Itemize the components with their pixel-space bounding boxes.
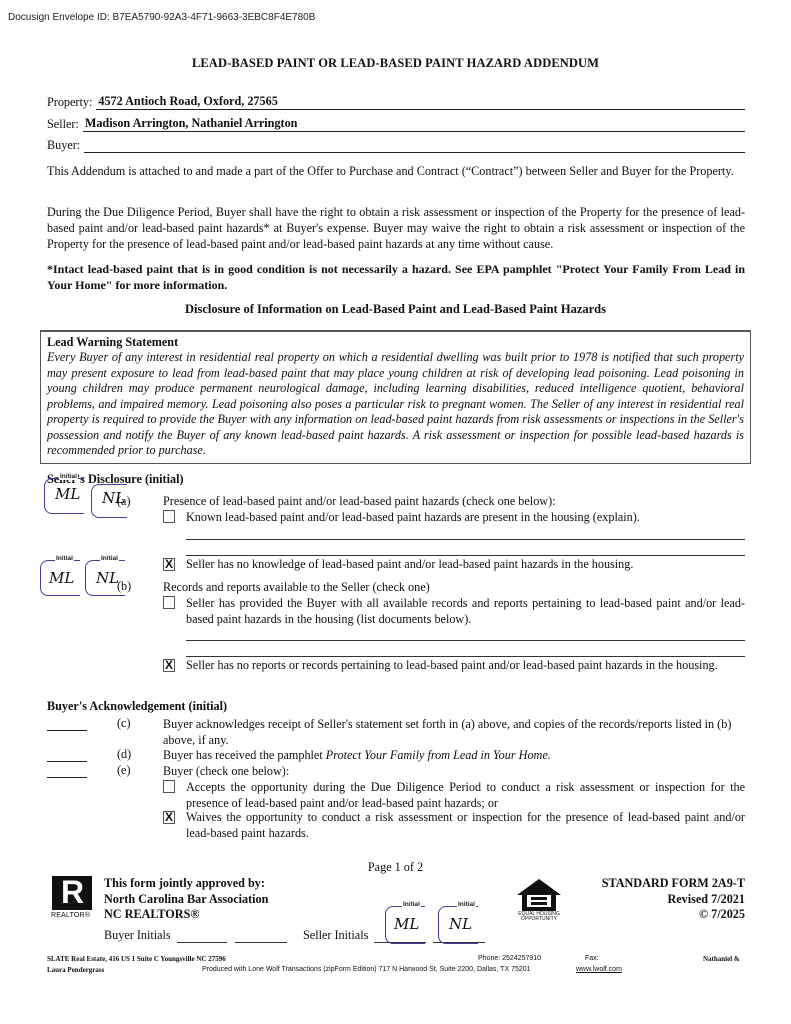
website-link[interactable]: www.lwolf.com [576,966,622,973]
footer-seller-initial-box-1[interactable]: Initial ML [385,906,425,944]
buyer-ack-heading: Buyer's Acknowledgement (initial) [47,699,227,714]
property-label: Property: [47,95,96,110]
buyer-initials-blank-1[interactable] [177,942,227,943]
initial-signature: ML [394,915,419,933]
checkbox-accepts-opportunity[interactable] [163,780,175,793]
item-letter-d: (d) [117,747,131,762]
buyer-initials-blank-2[interactable] [235,942,287,943]
agent-name-right: Nathaniel & [703,955,740,963]
item-b-prompt: Records and reports available to the Sel… [163,579,430,595]
footer-seller-initial-box-2[interactable]: Initial NL [438,906,478,944]
checkbox-known-lead[interactable] [163,510,175,523]
item-letter-b: (b) [117,579,131,594]
buyer-value[interactable] [84,138,745,153]
explain-line-1[interactable] [186,539,745,540]
standard-form-number: STANDARD FORM 2A9-T [602,876,745,892]
initial-tag: Initial [457,901,476,908]
envelope-id: Docusign Envelope ID: B7EA5790-92A3-4F71… [8,12,315,23]
option-records-provided-label: Seller has provided the Buyer with all a… [186,595,745,627]
approved-line-2: North Carolina Bar Association [104,892,268,908]
initial-tag: Initial [55,555,74,562]
equal-housing-text: EQUAL HOUSING OPPORTUNITY [515,912,563,922]
seller-field: Seller: Madison Arrington, Nathaniel Arr… [47,116,745,132]
approved-by: This form jointly approved by: North Car… [104,876,268,923]
document-title: LEAD-BASED PAINT OR LEAD-BASED PAINT HAZ… [0,56,791,71]
item-a-prompt: Presence of lead-based paint and/or lead… [163,493,556,509]
realtor-logo-text: REALTOR® [51,912,90,919]
item-e-prompt: Buyer (check one below): [163,763,289,779]
item-c-text: Buyer acknowledges receipt of Seller's s… [163,716,745,748]
initial-signature: ML [49,569,74,587]
warning-heading: Lead Warning Statement [47,335,744,350]
buyer-field: Buyer: [47,137,745,153]
buyer-label: Buyer: [47,138,84,153]
seller-value[interactable]: Madison Arrington, Nathaniel Arrington [83,117,745,132]
initial-signature: NL [449,915,472,933]
property-value[interactable]: 4572 Antioch Road, Oxford, 27565 [96,95,745,110]
realtor-logo: R [52,876,92,910]
item-d-text: Buyer has received the pamphlet Protect … [163,747,551,763]
seller-initial-box-a1[interactable]: Initial ML [44,478,84,514]
seller-initials-label: Seller Initials [303,928,368,943]
warning-body: Every Buyer of any interest in residenti… [47,350,744,459]
documents-line-1[interactable] [186,640,745,641]
seller-label: Seller: [47,117,83,132]
option-waives-label: Waives the opportunity to conduct a risk… [186,809,745,841]
seller-initial-box-b1[interactable]: Initial ML [40,560,80,596]
disclosure-title: Disclosure of Information on Lead-Based … [0,302,791,317]
buyer-initials-label: Buyer Initials [104,928,171,943]
phone-info: Phone: 2524257910 [478,955,541,962]
initial-signature: NL [96,569,119,587]
realtor-r-icon: R [61,875,84,909]
initial-tag: Initial [402,901,421,908]
copyright: © 7/2025 [602,907,745,923]
approved-line-1: This form jointly approved by: [104,876,268,892]
checkbox-no-knowledge[interactable]: X [163,558,175,571]
initial-tag: Initial [100,555,119,562]
buyer-initial-d[interactable] [47,761,87,762]
pamphlet-title: Protect Your Family from Lead in Your Ho… [326,748,551,762]
page-number: Page 1 of 2 [0,860,791,875]
item-letter-c: (c) [117,716,131,731]
intact-note: *Intact lead-based paint that is in good… [47,261,745,293]
fax-info: Fax: [585,955,599,962]
initial-tag: Initial [59,473,78,480]
revised-date: Revised 7/2021 [602,892,745,908]
option-accepts-label: Accepts the opportunity during the Due D… [186,779,745,811]
checkbox-records-provided[interactable] [163,596,175,609]
option-no-knowledge-label: Seller has no knowledge of lead-based pa… [186,556,633,572]
buyer-initial-e[interactable] [47,777,87,778]
item-letter-a: (a) [117,494,131,509]
addendum-paragraph: This Addendum is attached to and made a … [47,163,745,179]
property-field: Property: 4572 Antioch Road, Oxford, 275… [47,94,745,110]
buyer-initial-c[interactable] [47,730,87,731]
lead-warning-box: Lead Warning Statement Every Buyer of an… [40,330,751,464]
item-d-plain: Buyer has received the pamphlet [163,748,326,762]
checkbox-no-records[interactable]: X [163,659,175,672]
standard-form-block: STANDARD FORM 2A9-T Revised 7/2021 © 7/2… [602,876,745,923]
checkbox-waives-opportunity[interactable]: X [163,811,175,824]
option-known-lead-label: Known lead-based paint and/or lead-based… [186,509,640,525]
option-no-records-label: Seller has no reports or records pertain… [186,657,745,673]
produced-with: Produced with Lone Wolf Transactions (zi… [202,966,531,973]
brokerage-info: SLATE Real Estate, 416 US 1 Suite C Youn… [47,955,226,963]
item-letter-e: (e) [117,763,131,778]
due-diligence-paragraph: During the Due Diligence Period, Buyer s… [47,204,745,252]
agent-name-left: Laura Pendergrass [47,966,104,974]
approved-line-3: NC REALTORS® [104,907,268,923]
initial-signature: ML [55,485,80,503]
